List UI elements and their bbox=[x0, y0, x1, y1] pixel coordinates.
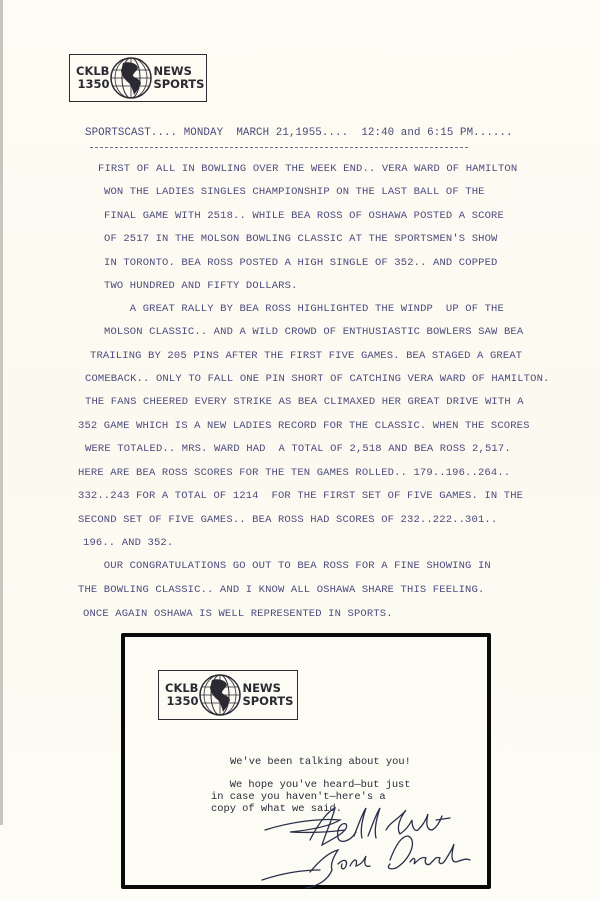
body-line: COMEBACK.. ONLY TO FALL ONE PIN SHORT OF… bbox=[85, 373, 549, 385]
body-line: MOLSON CLASSIC.. AND A WILD CROWD OF ENT… bbox=[104, 326, 523, 338]
card-greeting: We've been talking about you! bbox=[230, 756, 411, 768]
logo-sports: SPORTS bbox=[242, 695, 293, 708]
body-line: FIRST OF ALL IN BOWLING OVER THE WEEK EN… bbox=[98, 163, 517, 175]
document-page: CKLB 1350 NEWS SPORTS SPORTSCAST.... MON… bbox=[0, 0, 600, 899]
body-line: THE BOWLING CLASSIC.. AND I KNOW ALL OSH… bbox=[78, 584, 484, 596]
body-line: OUR CONGRATULATIONS GO OUT TO BEA ROSS F… bbox=[78, 560, 491, 572]
header-rule bbox=[90, 147, 468, 149]
logo-sports: SPORTS bbox=[153, 78, 204, 91]
body-line: FINAL GAME WITH 2518.. WHILE BEA ROSS OF… bbox=[104, 210, 504, 222]
card-message-line: We hope you've heard—but just bbox=[211, 779, 411, 791]
sportscast-header: SPORTSCAST.... MONDAY MARCH 21,1955.... … bbox=[85, 127, 513, 139]
globe-icon bbox=[198, 673, 242, 717]
body-line: OF 2517 IN THE MOLSON BOWLING CLASSIC AT… bbox=[104, 233, 498, 245]
body-line: A GREAT RALLY BY BEA ROSS HIGHLIGHTED TH… bbox=[104, 303, 504, 315]
card-station-logo: CKLB 1350 NEWS SPORTS bbox=[158, 670, 298, 720]
body-line: WERE TOTALED.. MRS. WARD HAD A TOTAL OF … bbox=[85, 443, 511, 455]
body-line: TRAILING BY 205 PINS AFTER THE FIRST FIV… bbox=[90, 350, 522, 362]
logo-frequency: 1350 bbox=[166, 695, 198, 708]
signature: Bill Smith bbox=[250, 800, 480, 890]
body-line: TWO HUNDRED AND FIFTY DOLLARS. bbox=[104, 280, 298, 292]
body-line: THE FANS CHEERED EVERY STRIKE AS BEA CLI… bbox=[85, 396, 524, 408]
body-line: HERE ARE BEA ROSS SCORES FOR THE TEN GAM… bbox=[78, 467, 510, 479]
page-edge bbox=[0, 0, 3, 825]
body-line: IN TORONTO. BEA ROSS POSTED A HIGH SINGL… bbox=[104, 257, 498, 269]
body-line: 196.. AND 352. bbox=[83, 537, 173, 549]
body-line: WON THE LADIES SINGLES CHAMPIONSHIP ON T… bbox=[104, 186, 485, 198]
station-logo: CKLB 1350 NEWS SPORTS bbox=[69, 54, 207, 102]
body-line: ONCE AGAIN OSHAWA IS WELL REPRESENTED IN… bbox=[83, 608, 393, 620]
globe-icon bbox=[109, 56, 153, 100]
body-line: 352 GAME WHICH IS A NEW LADIES RECORD FO… bbox=[78, 420, 530, 432]
logo-frequency: 1350 bbox=[77, 78, 109, 91]
body-line: 332..243 FOR A TOTAL OF 1214 FOR THE FIR… bbox=[78, 490, 523, 502]
body-line: SECOND SET OF FIVE GAMES.. BEA ROSS HAD … bbox=[78, 514, 497, 526]
